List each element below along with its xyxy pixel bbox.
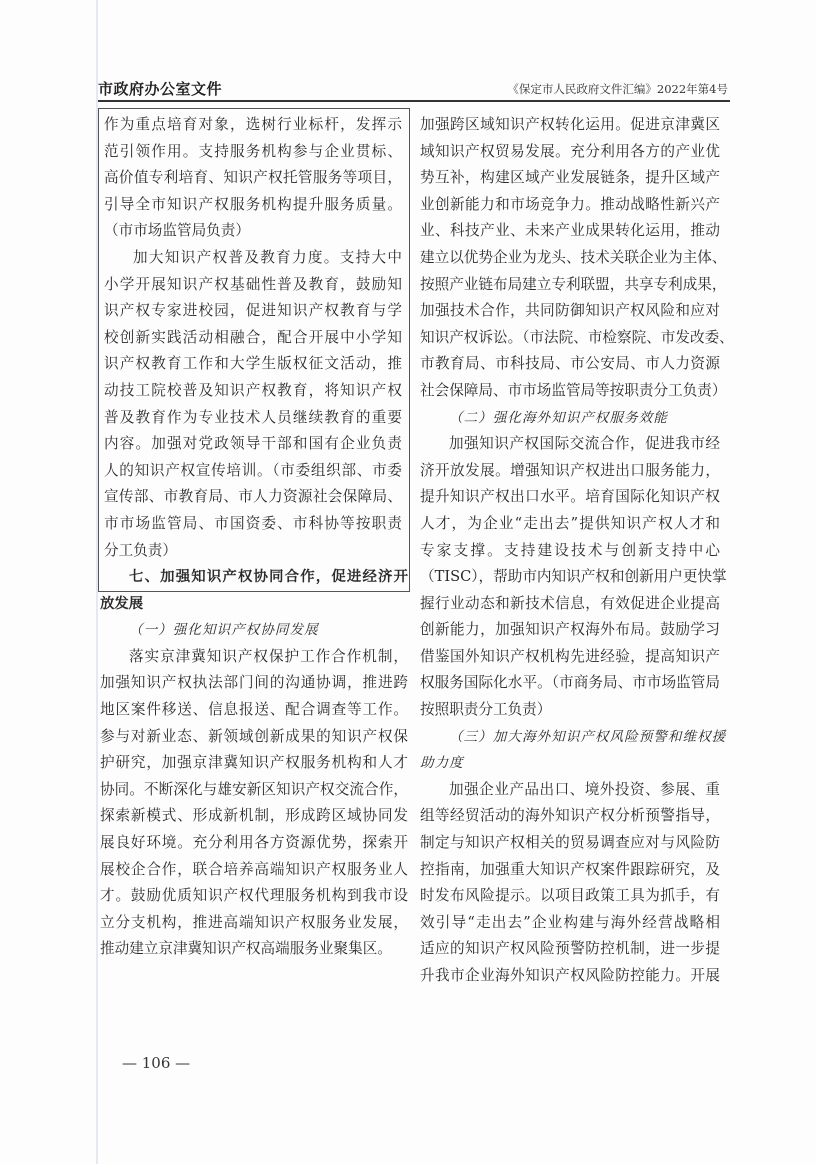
text-line: 展良好环境。充分利用各方资源优势，探索开 — [100, 830, 408, 857]
text-line: 加强知识产权国际交流合作，促进我市经 — [420, 431, 720, 458]
text-line: 内容。加强对党政领导干部和国有企业负责 — [104, 431, 402, 458]
text-line: 建立以优势企业为龙头、技术关联企业为主体、 — [420, 245, 720, 272]
text-line: 探索新模式、形成新机制，形成跨区域协同发 — [100, 803, 408, 830]
text-line: 创新能力，加强知识产权海外布局。鼓励学习 — [420, 617, 720, 644]
text-line: 加强跨区域知识产权转化运用。促进京津冀区 — [420, 112, 720, 139]
header-left-title: 市政府办公室文件 — [98, 78, 222, 99]
text-line: 加强技术合作，共同防御知识产权风险和应对 — [420, 298, 720, 325]
text-line: 借鉴国外知识产权机构先进经验，提高知识产 — [420, 644, 720, 671]
text-line: 业创新能力和市场竞争力。推动战略性新兴产 — [420, 192, 720, 219]
text-line: 分工负责） — [104, 538, 402, 565]
subheading: 助力度 — [420, 750, 720, 777]
text-line: 势互补，构建区域产业发展链条，提升区域产 — [420, 165, 720, 192]
text-line: （市市场监管局负责） — [104, 218, 402, 245]
text-line: 域知识产权贸易发展。充分利用各方的产业优 — [420, 139, 720, 166]
text-line: 立分支机构，推进高端知识产权服务业发展， — [100, 910, 408, 937]
text-line: 引导全市知识产权服务机构提升服务质量。 — [104, 192, 402, 219]
text-line: 济开放发展。增强知识产权进出口服务能力， — [420, 458, 720, 485]
text-line: 识产权专家进校园，促进知识产权教育与学 — [104, 298, 402, 325]
text-line: 小学开展知识产权基础性普及教育，鼓励知 — [104, 272, 402, 299]
header-right-title: 《保定市人民政府文件汇编》2022年第4号 — [507, 81, 728, 97]
section-heading: 放发展 — [100, 591, 408, 618]
text-line: 业、科技产业、未来产业成果转化运用，推动 — [420, 218, 720, 245]
text-line: 效引导“走出去”企业构建与海外经营战略相 — [420, 910, 720, 937]
page-header: 市政府办公室文件 《保定市人民政府文件汇编》2022年第4号 — [98, 78, 728, 100]
text-line: 市市场监管局、市国资委、市科协等按职责 — [104, 511, 402, 538]
text-line: 普及教育作为专业技术人员继续教育的重要 — [104, 405, 402, 432]
text-line: 握行业动态和新技术信息，有效促进企业提高 — [420, 591, 720, 618]
text-line: 参与对新业态、新领域创新成果的知识产权保 — [100, 724, 408, 751]
text-line: 展校企合作，联合培养高端知识产权服务业人 — [100, 857, 408, 884]
text-line: 适应的知识产权风险预警防控机制，进一步提 — [420, 936, 720, 963]
text-line: 权服务国际化水平。（市商务局、市市场监管局 — [420, 670, 720, 697]
subheading: （一）强化知识产权协同发展 — [100, 617, 408, 644]
subheading: （二）强化海外知识产权服务效能 — [420, 405, 720, 432]
text-line: 护研究，加强京津冀知识产权服务机构和人才 — [100, 750, 408, 777]
text-line: 动技工院校普及知识产权教育，将知识产权 — [104, 378, 402, 405]
text-line: 按照职责分工负责） — [420, 697, 720, 724]
text-line: 落实京津冀知识产权保护工作合作机制， — [100, 644, 408, 671]
text-line: 高价值专利培育、知识产权托管服务等项目， — [104, 165, 402, 192]
text-line: 知识产权诉讼。（市法院、市检察院、市发改委、 — [420, 325, 720, 352]
page-number: — 106 — — [122, 1054, 190, 1072]
text-line: 市教育局、市科技局、市公安局、市人力资源 — [420, 351, 720, 378]
text-line: 作为重点培育对象，选树行业标杆，发挥示 — [104, 112, 402, 139]
text-line: （TISC），帮助市内知识产权和创新用户更快掌 — [420, 564, 720, 591]
right-column: 加强跨区域知识产权转化运用。促进京津冀区 域知识产权贸易发展。充分利用各方的产业… — [420, 112, 720, 990]
text-line: 组等经贸活动的海外知识产权分析预警指导， — [420, 803, 720, 830]
text-line: 加强企业产品出口、境外投资、参展、重 — [420, 777, 720, 804]
text-line: 宣传部、市教育局、市人力资源社会保障局、 — [104, 484, 402, 511]
text-line: 社会保障局、市市场监管局等按职责分工负责） — [420, 378, 720, 405]
text-line: 才。鼓励优质知识产权代理服务机构到我市设 — [100, 883, 408, 910]
section-heading: 七、加强知识产权协同合作，促进经济开 — [100, 564, 408, 591]
text-line: 人的知识产权宣传培训。（市委组织部、市委 — [104, 458, 402, 485]
text-line: 加强知识产权执法部门间的沟通协调，推进跨 — [100, 670, 408, 697]
subheading: （三）加大海外知识产权风险预警和维权援 — [420, 724, 720, 751]
text-line: 地区案件移送、信息报送、配合调查等工作。 — [100, 697, 408, 724]
text-line: 提升知识产权出口水平。培育国际化知识产权 — [420, 484, 720, 511]
text-line: 控指南，加强重大知识产权案件跟踪研究，及 — [420, 857, 720, 884]
text-line: 识产权教育工作和大学生版权征文活动，推 — [104, 351, 402, 378]
left-column: 作为重点培育对象，选树行业标杆，发挥示 范引领作用。支持服务机构参与企业贯标、 … — [100, 112, 410, 963]
text-line: 人才，为企业“走出去”提供知识产权人才和 — [420, 511, 720, 538]
header-rule — [98, 100, 730, 102]
text-line: 制定与知识产权相关的贸易调查应对与风险防 — [420, 830, 720, 857]
text-line: 协同。不断深化与雄安新区知识产权交流合作， — [100, 777, 408, 804]
text-line: 加大知识产权普及教育力度。支持大中 — [104, 245, 402, 272]
text-line: 校创新实践活动相融合，配合开展中小学知 — [104, 325, 402, 352]
text-line: 范引领作用。支持服务机构参与企业贯标、 — [104, 139, 402, 166]
text-line: 推动建立京津冀知识产权高端服务业聚集区。 — [100, 936, 408, 963]
text-line: 按照产业链布局建立专利联盟，共享专利成果， — [420, 272, 720, 299]
text-line: 专家支撑。支持建设技术与创新支持中心 — [420, 538, 720, 565]
text-line: 升我市企业海外知识产权风险防控能力。开展 — [420, 963, 720, 990]
text-line: 时发布风险提示。以项目政策工具为抓手，有 — [420, 883, 720, 910]
